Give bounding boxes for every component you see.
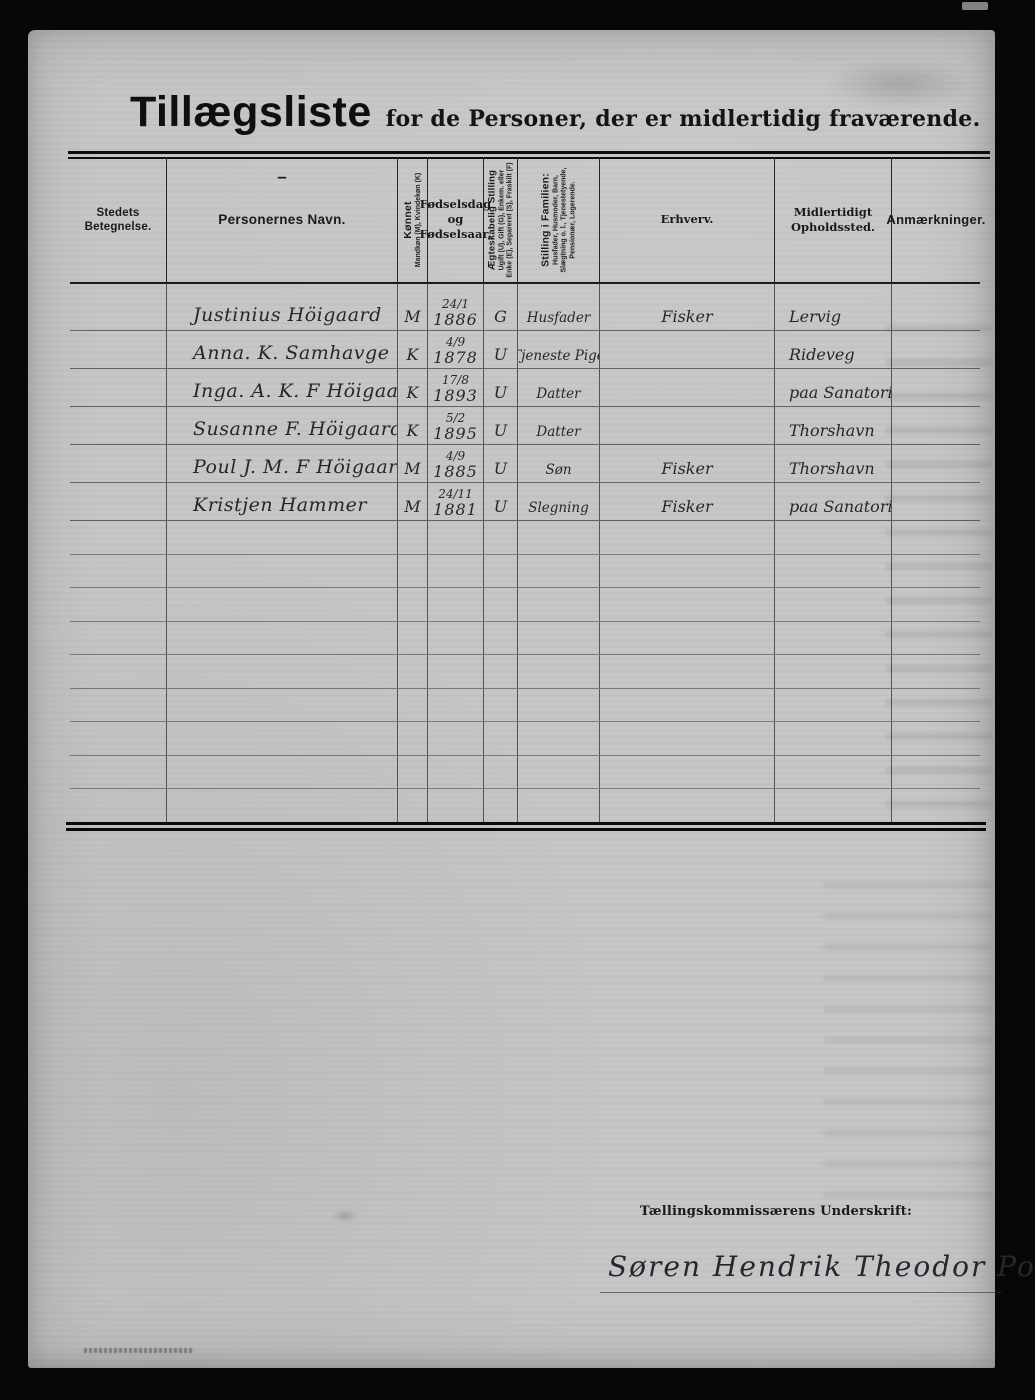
cell-sex: K: [398, 369, 428, 406]
cell-family-position: [518, 655, 600, 688]
cell-temporary-residence: [775, 722, 892, 755]
cell-temporary-residence: [775, 689, 892, 722]
cell-occupation: [600, 756, 775, 789]
cell-name: [167, 622, 398, 655]
cell-family-position: Datter: [518, 407, 600, 444]
census-table: Stedets Betegnelse. – Personernes Navn. …: [70, 157, 980, 823]
cell-birthdate: 17/8 1893: [428, 369, 484, 406]
cell-birthdate: [428, 622, 484, 655]
cell-birthdate: 4/9 1885: [428, 445, 484, 482]
cell-occupation: [600, 407, 775, 444]
column-header-family-position: Stilling i Familien: Husfader, Husmoder,…: [518, 157, 600, 282]
cell-remarks: [892, 622, 980, 655]
cell-occupation: [600, 689, 775, 722]
cell-name: [167, 689, 398, 722]
table-row: Inga. A. K. F Höigaard K 17/8 1893 U Dat…: [70, 369, 980, 407]
cell-temporary-residence: paa Sanatoriet: [775, 369, 892, 406]
cell-remarks: [892, 756, 980, 789]
cell-marital-status: U: [484, 331, 518, 368]
cell-sex: [398, 756, 428, 789]
cell-birthdate: [428, 655, 484, 688]
cell-occupation: [600, 789, 775, 822]
cell-sex: M: [398, 483, 428, 520]
table-row: Poul J. M. F Höigaard M 4/9 1885 U Søn F…: [70, 445, 980, 483]
cell-name: [167, 789, 398, 822]
table-row-empty: [70, 689, 980, 723]
cell-family-position: [518, 521, 600, 554]
cell-sex: [398, 689, 428, 722]
cell-sex: [398, 789, 428, 822]
table-header-row: Stedets Betegnelse. – Personernes Navn. …: [70, 157, 980, 284]
cell-place: [70, 331, 167, 368]
scan-artifact-speck: [962, 2, 988, 10]
cell-marital-status: G: [484, 284, 518, 330]
cell-occupation: Fisker: [600, 483, 775, 520]
cell-remarks: [892, 588, 980, 621]
cell-marital-status: [484, 622, 518, 655]
cell-birthdate: [428, 722, 484, 755]
cell-remarks: [892, 284, 980, 330]
cell-temporary-residence: [775, 655, 892, 688]
cell-occupation: [600, 622, 775, 655]
cell-sex: M: [398, 445, 428, 482]
cell-place: [70, 483, 167, 520]
column-header-marital-status: Ægteskabelig Stilling Ugift (U), Gift (G…: [484, 157, 518, 282]
cell-marital-status: [484, 555, 518, 588]
cell-temporary-residence: Lervig: [775, 284, 892, 330]
cell-remarks: [892, 369, 980, 406]
cell-name: [167, 756, 398, 789]
cell-sex: [398, 521, 428, 554]
cell-remarks: [892, 789, 980, 822]
cell-temporary-residence: [775, 756, 892, 789]
cell-sex: [398, 722, 428, 755]
cell-birthdate: 24/1 1886: [428, 284, 484, 330]
column-header-birthdate: Fødselsdag og Fødselsaar.: [428, 157, 484, 282]
column-header-occupation: Erhverv.: [600, 157, 775, 282]
dash-mark: –: [167, 167, 397, 187]
column-header-names: – Personernes Navn.: [167, 157, 398, 282]
cell-remarks: [892, 483, 980, 520]
cell-occupation: [600, 588, 775, 621]
cell-birthdate: [428, 555, 484, 588]
cell-temporary-residence: Thorshavn: [775, 407, 892, 444]
column-header-temporary-residence: Midlertidigt Opholdssted.: [775, 157, 892, 282]
cell-place: [70, 689, 167, 722]
cell-family-position: Søn: [518, 445, 600, 482]
cell-birthdate: [428, 521, 484, 554]
cell-name: Kristjen Hammer: [167, 483, 398, 520]
cell-birthdate: 4/9 1878: [428, 331, 484, 368]
table-row-empty: [70, 622, 980, 656]
cell-place: [70, 756, 167, 789]
form-title-subtitle: for de Personer, der er midlertidig frav…: [386, 106, 981, 132]
page-title: Tillægslistefor de Personer, der er midl…: [130, 88, 981, 137]
cell-birthdate: 24/11 1881: [428, 483, 484, 520]
signature-label: Tællingskommissærens Underskrift:: [640, 1204, 912, 1219]
cell-marital-status: U: [484, 369, 518, 406]
cell-family-position: [518, 622, 600, 655]
cell-name: Anna. K. Samhavge: [167, 331, 398, 368]
cell-name: Susanne F. Höigaard: [167, 407, 398, 444]
bleed-through-smudge: [824, 858, 992, 1218]
cell-family-position: [518, 588, 600, 621]
cell-sex: [398, 655, 428, 688]
cell-temporary-residence: [775, 521, 892, 554]
cell-sex: [398, 622, 428, 655]
cell-sex: [398, 588, 428, 621]
cell-birthdate: [428, 756, 484, 789]
cell-temporary-residence: [775, 588, 892, 621]
column-header-place: Stedets Betegnelse.: [70, 157, 167, 282]
cell-family-position: Slegning: [518, 483, 600, 520]
cell-marital-status: U: [484, 445, 518, 482]
cell-name: [167, 521, 398, 554]
cell-name: Justinius Höigaard: [167, 284, 398, 330]
commissioner-signature: Søren Hendrik Theodor Poulsen: [608, 1250, 1035, 1283]
cell-temporary-residence: paa Sanatoriet: [775, 483, 892, 520]
cell-name: [167, 655, 398, 688]
cell-place: [70, 789, 167, 822]
cell-marital-status: [484, 588, 518, 621]
table-row-empty: [70, 655, 980, 689]
scanned-census-sheet: Tillægslistefor de Personer, der er midl…: [28, 30, 995, 1368]
table-row-empty: [70, 789, 980, 823]
column-header-remarks: Anmærkninger.: [892, 157, 980, 282]
cell-place: [70, 555, 167, 588]
cell-birthdate: [428, 588, 484, 621]
table-row-empty: [70, 555, 980, 589]
cell-remarks: [892, 689, 980, 722]
cell-temporary-residence: Thorshavn: [775, 445, 892, 482]
cell-birthdate: [428, 789, 484, 822]
table-body: Justinius Höigaard M 24/1 1886 G Husfade…: [70, 284, 980, 823]
cell-remarks: [892, 521, 980, 554]
cell-occupation: [600, 555, 775, 588]
cell-family-position: [518, 789, 600, 822]
cell-remarks: [892, 407, 980, 444]
cell-birthdate: [428, 689, 484, 722]
cell-occupation: [600, 521, 775, 554]
cell-remarks: [892, 655, 980, 688]
table-row: Susanne F. Höigaard K 5/2 1895 U Datter …: [70, 407, 980, 445]
cell-sex: K: [398, 331, 428, 368]
cell-temporary-residence: [775, 555, 892, 588]
cell-remarks: [892, 331, 980, 368]
table-row: Justinius Höigaard M 24/1 1886 G Husfade…: [70, 284, 980, 331]
table-row: Kristjen Hammer M 24/11 1881 U Slegning …: [70, 483, 980, 521]
cell-remarks: [892, 555, 980, 588]
cell-name: [167, 588, 398, 621]
cell-remarks: [892, 445, 980, 482]
cell-temporary-residence: [775, 789, 892, 822]
cell-sex: M: [398, 284, 428, 330]
cell-marital-status: U: [484, 483, 518, 520]
form-title-main: Tillægsliste: [130, 88, 372, 136]
cell-name: Inga. A. K. F Höigaard: [167, 369, 398, 406]
cell-marital-status: [484, 756, 518, 789]
signature-line: [600, 1292, 1002, 1293]
table-row-empty: [70, 722, 980, 756]
cell-place: [70, 445, 167, 482]
table-row-empty: [70, 756, 980, 790]
table-row-empty: [70, 521, 980, 555]
printer-imprint-mark: [84, 1348, 194, 1353]
table-row-empty: [70, 588, 980, 622]
cell-place: [70, 407, 167, 444]
cell-family-position: [518, 689, 600, 722]
cell-marital-status: [484, 722, 518, 755]
cell-marital-status: [484, 689, 518, 722]
cell-place: [70, 284, 167, 330]
cell-name: [167, 722, 398, 755]
cell-place: [70, 588, 167, 621]
cell-sex: [398, 555, 428, 588]
cell-place: [70, 369, 167, 406]
cell-occupation: [600, 331, 775, 368]
cell-marital-status: [484, 655, 518, 688]
cell-temporary-residence: [775, 622, 892, 655]
cell-family-position: Tjeneste Pige: [518, 331, 600, 368]
cell-place: [70, 655, 167, 688]
cell-place: [70, 722, 167, 755]
cell-occupation: [600, 722, 775, 755]
cell-occupation: Fisker: [600, 445, 775, 482]
cell-marital-status: [484, 521, 518, 554]
cell-place: [70, 622, 167, 655]
cell-family-position: Datter: [518, 369, 600, 406]
cell-name: Poul J. M. F Höigaard: [167, 445, 398, 482]
cell-family-position: [518, 756, 600, 789]
cell-birthdate: 5/2 1895: [428, 407, 484, 444]
cell-marital-status: U: [484, 407, 518, 444]
table-row: Anna. K. Samhavge K 4/9 1878 U Tjeneste …: [70, 331, 980, 369]
cell-occupation: [600, 655, 775, 688]
bleed-through-smudge: [328, 1208, 362, 1224]
cell-family-position: [518, 722, 600, 755]
cell-occupation: Fisker: [600, 284, 775, 330]
cell-occupation: [600, 369, 775, 406]
cell-family-position: [518, 555, 600, 588]
cell-temporary-residence: Rideveg: [775, 331, 892, 368]
cell-name: [167, 555, 398, 588]
cell-place: [70, 521, 167, 554]
cell-family-position: Husfader: [518, 284, 600, 330]
cell-sex: K: [398, 407, 428, 444]
cell-marital-status: [484, 789, 518, 822]
cell-remarks: [892, 722, 980, 755]
double-rule-bottom: [66, 822, 986, 831]
